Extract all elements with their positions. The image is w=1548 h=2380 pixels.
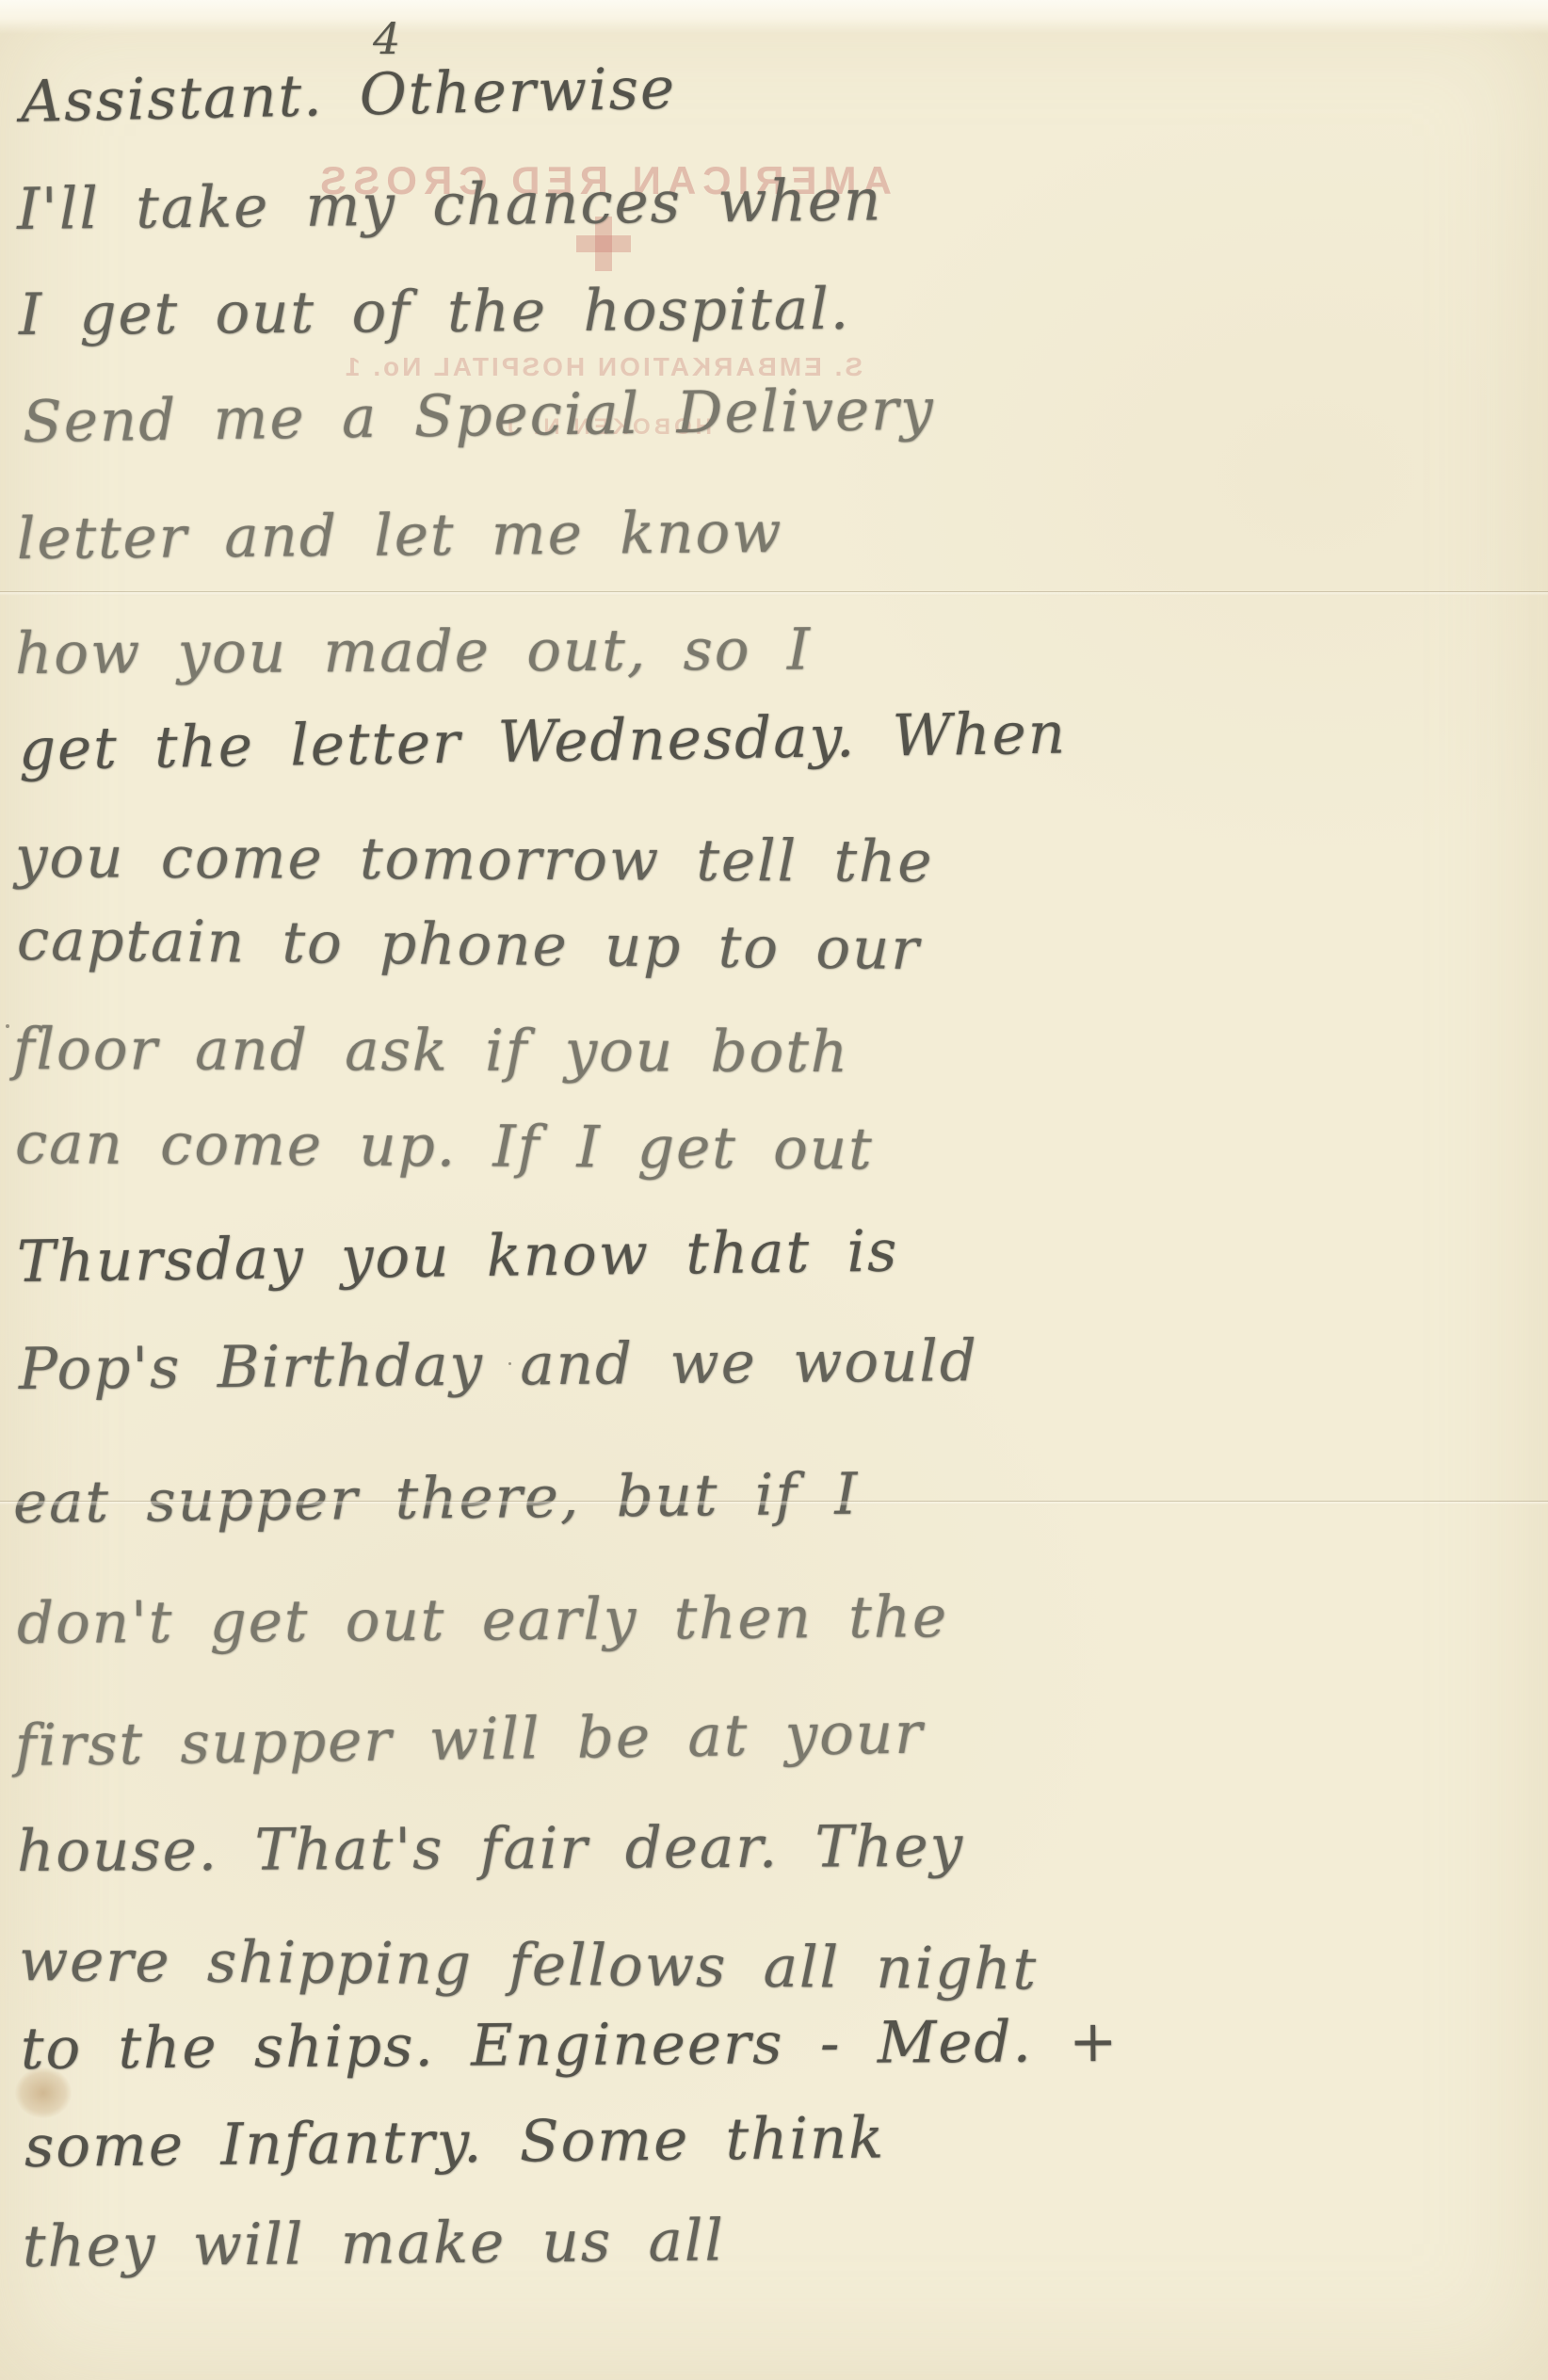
handwritten-line: don't get out early then the	[17, 1588, 949, 1652]
handwritten-line: they will make us all	[23, 2211, 725, 2275]
handwritten-line: captain to phone up to our	[17, 911, 921, 978]
scan-top-edge	[0, 0, 1548, 34]
paper-speck	[6, 1024, 9, 1028]
handwritten-line: house. That's fair dear. They	[17, 1818, 964, 1880]
handwritten-line: first supper will be at your	[15, 1705, 925, 1775]
page-number: 4	[373, 13, 400, 64]
handwritten-line: can come up. If I get out	[15, 1115, 874, 1178]
handwritten-line: eat supper there, but if I	[13, 1466, 860, 1532]
handwritten-line: get the letter Wednesday. When	[19, 705, 1068, 779]
scanned-letter-page: { "page": { "page_number": "4" }, "lette…	[0, 0, 1548, 2380]
paper-stain	[15, 2067, 72, 2118]
paper-speck	[508, 1362, 511, 1365]
paper-speck	[275, 1249, 278, 1252]
handwritten-line: were shipping fellows all night	[19, 1932, 1039, 1998]
handwritten-line: to the ships. Engineers - Med. +	[21, 2013, 1120, 2078]
handwritten-line: Thursday you know that is	[17, 1223, 899, 1291]
handwritten-line: Assistant. Otherwise	[20, 59, 676, 131]
handwritten-line: letter and let me know	[17, 504, 783, 568]
handwritten-line: Send me a Special Delivery	[23, 380, 936, 451]
handwritten-line: floor and ask if you both	[13, 1021, 849, 1081]
handwritten-line: I'll take my chances when	[17, 171, 883, 238]
handwritten-line: some Infantry. Some think	[24, 2109, 886, 2176]
fold-crease-top	[0, 591, 1548, 596]
handwritten-line: Pop's Birthday and we would	[19, 1332, 978, 1398]
handwritten-line: you come tomorrow tell the	[15, 828, 934, 891]
fold-crease-bottom	[0, 1501, 1548, 1505]
handwritten-line: I get out of the hospital.	[19, 281, 850, 344]
handwritten-line: how you made out, so I	[15, 621, 812, 683]
